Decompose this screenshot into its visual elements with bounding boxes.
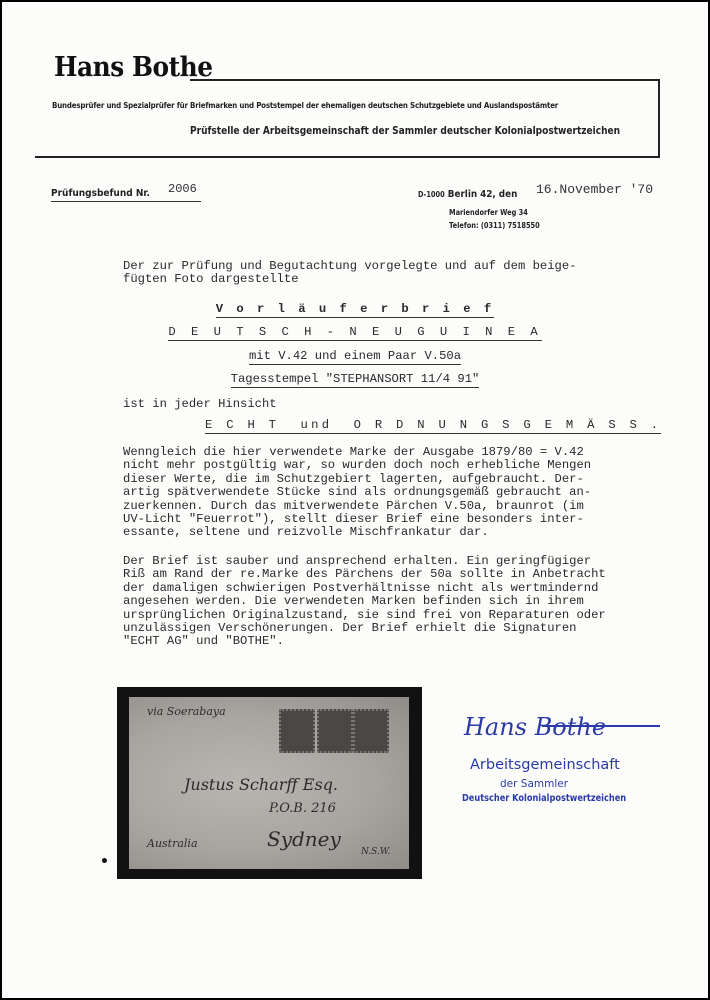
envelope: via Soerabaya Justus Scharff Esq. P.O.B.… <box>129 697 409 869</box>
handwritten-signature: Hans Bothe <box>464 713 606 741</box>
postage-stamp <box>353 709 389 753</box>
place-text: Berlin 42, den <box>448 189 518 200</box>
title-line-4: Tagesstempel "STEPHANSORT 11/4 91" <box>2 373 708 388</box>
place: D-1000 Berlin 42, den <box>418 189 517 200</box>
stamp-line-1: Arbeitsgemeinschaft <box>470 757 620 773</box>
befund-label: Prüfungsbefund Nr. <box>51 188 150 199</box>
letterhead-name: Hans Bothe <box>54 52 213 83</box>
title-line-3: mit V.42 und einem Paar V.50a <box>2 350 708 365</box>
state: N.S.W. <box>361 847 390 857</box>
country-note: Australia <box>147 837 198 850</box>
befund-number: 2006 <box>168 182 197 196</box>
title-line-1: V o r l ä u f e r b r i e f <box>2 303 708 318</box>
date: 16.November '70 <box>536 182 653 197</box>
phone-number: Telefon: (0311) 7518550 <box>449 221 540 230</box>
title-text: D E U T S C H - N E U G U I N E A <box>168 326 541 341</box>
divider <box>51 201 201 202</box>
intro-text: Der zur Prüfung und Begutachtung vorgele… <box>123 260 576 287</box>
postcode: D-1000 <box>418 190 445 199</box>
divider <box>35 156 660 158</box>
paragraph-1: Wenngleich die hier verwendete Marke der… <box>123 446 591 540</box>
title-text: mit V.42 und einem Paar V.50a <box>249 350 461 365</box>
title-text: Tagesstempel "STEPHANSORT 11/4 91" <box>231 373 480 388</box>
envelope-photo: via Soerabaya Justus Scharff Esq. P.O.B.… <box>117 687 422 879</box>
addressee: Justus Scharff Esq. <box>184 775 338 794</box>
divider <box>658 79 660 158</box>
verdict: E C H T und O R D N U N G S G E M Ä S S … <box>205 419 661 432</box>
postage-stamp <box>279 709 315 753</box>
po-box: P.O.B. 216 <box>269 801 336 816</box>
title-line-2: D E U T S C H - N E U G U I N E A <box>2 326 708 341</box>
route-note: via Soerabaya <box>147 705 226 718</box>
signature-stroke <box>542 725 660 727</box>
stamp-line-3: Deutscher Kolonialpostwertzeichen <box>462 793 626 804</box>
certificate-page: Hans Bothe Bundesprüfer und Spezialprüfe… <box>2 2 708 998</box>
paragraph-2: Der Brief ist sauber und ansprechend erh… <box>123 555 606 649</box>
title-text: V o r l ä u f e r b r i e f <box>216 303 494 318</box>
verdict-intro: ist in jeder Hinsicht <box>123 398 277 411</box>
stamp-line-2: der Sammler <box>500 778 568 790</box>
bullet-dot <box>102 858 107 863</box>
verdict-text: E C H T und O R D N U N G S G E M Ä S S … <box>205 418 661 434</box>
letterhead-subtitle: Bundesprüfer und Spezialprüfer für Brief… <box>52 100 558 110</box>
street-address: Mariendorfer Weg 34 <box>449 208 528 217</box>
letterhead-office: Prüfstelle der Arbeitsgemeinschaft der S… <box>190 125 620 137</box>
city: Sydney <box>267 827 341 851</box>
divider <box>190 79 660 81</box>
postage-stamp <box>317 709 353 753</box>
